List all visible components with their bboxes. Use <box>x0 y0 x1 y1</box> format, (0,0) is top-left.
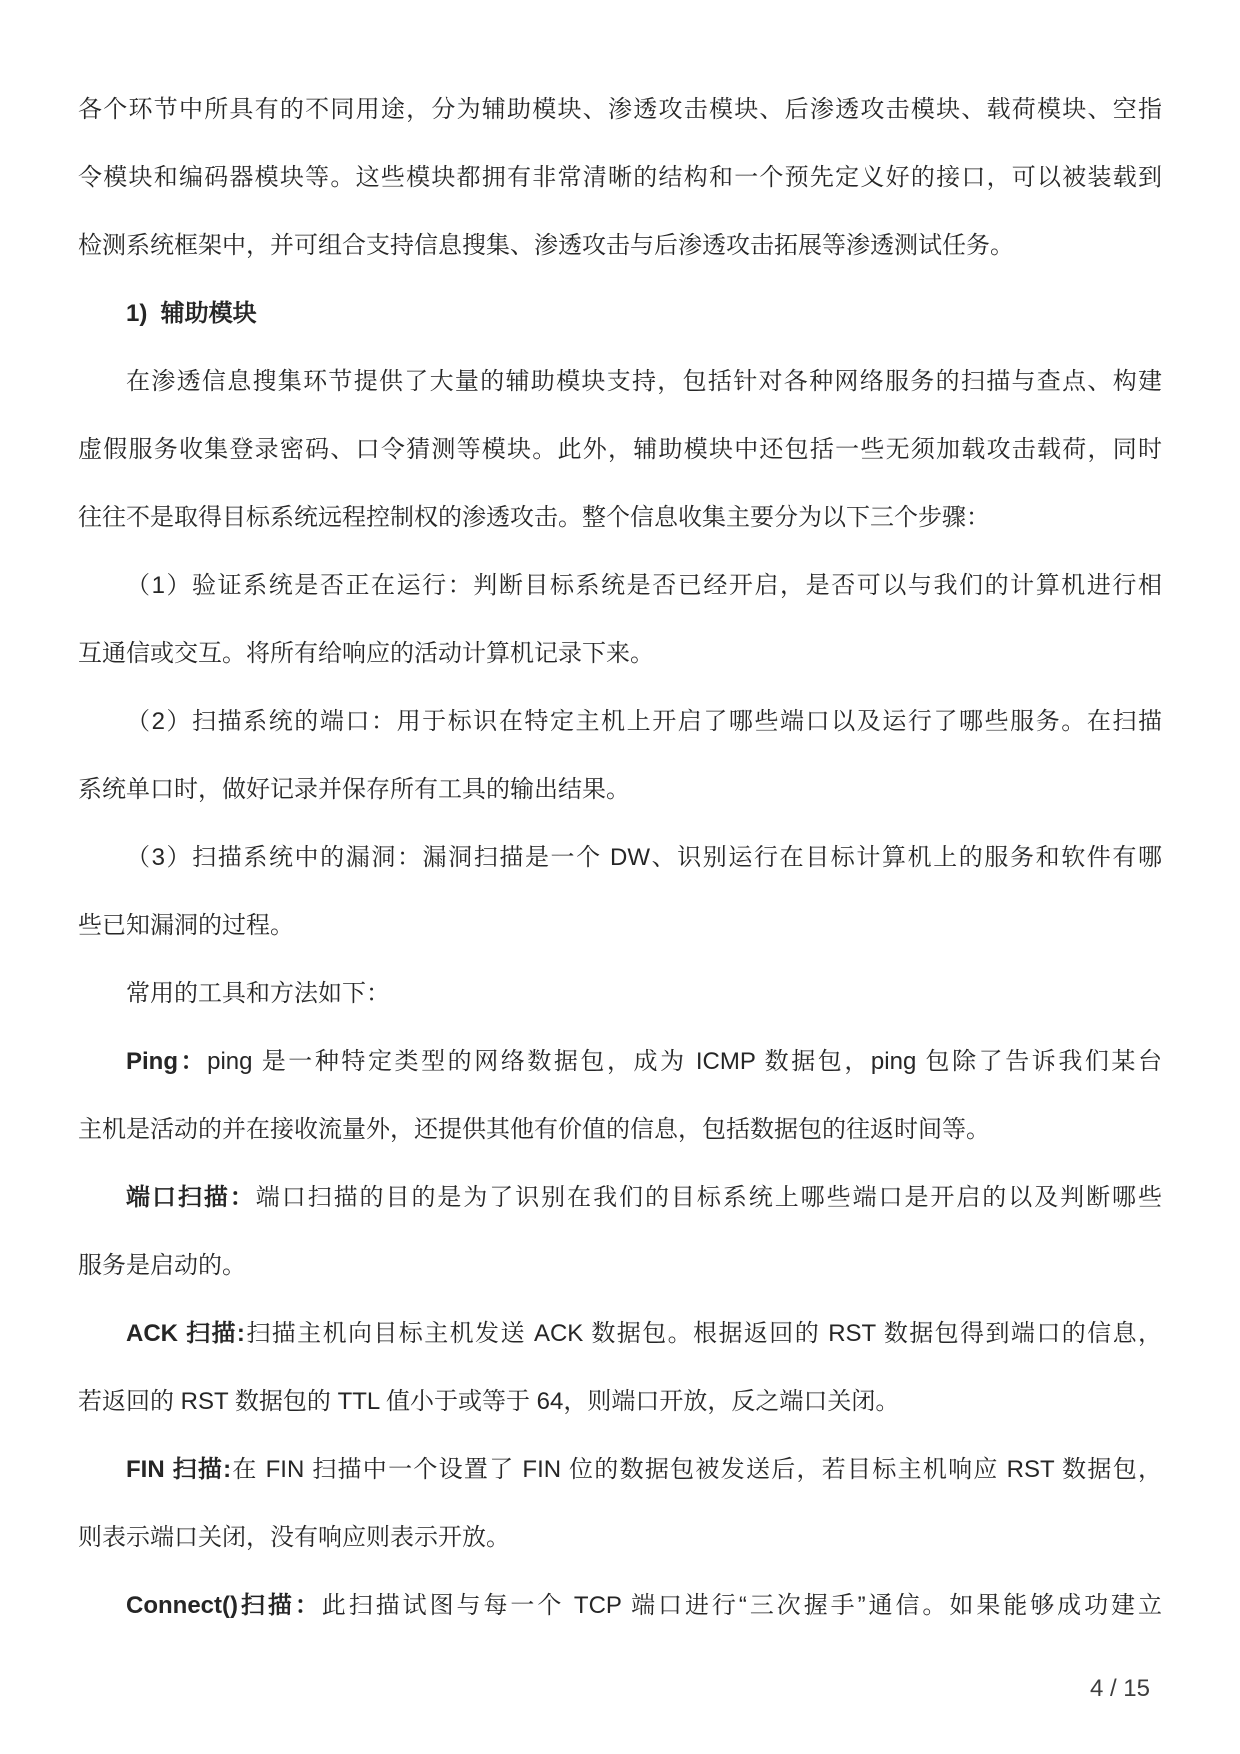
term-ping: Ping：ping 是一种特定类型的网络数据包，成为 ICMP 数据包，ping… <box>78 1028 1162 1096</box>
term-definition: 端口扫描的目的是为了识别在我们的目标系统上哪些端口是开启的以及判断哪些 <box>256 1184 1162 1211</box>
page-number: 4 / 15 <box>1090 1677 1150 1701</box>
term-definition: 扫描主机向目标主机发送 ACK 数据包。根据返回的 RST 数据包得到端口的信息… <box>245 1320 1162 1347</box>
document-body: 各个环节中所具有的不同用途，分为辅助模块、渗透攻击模块、后渗透攻击模块、载荷模块… <box>78 76 1162 1640</box>
text-line: 虚假服务收集登录密码、口令猜测等模块。此外，辅助模块中还包括一些无须加载攻击载荷… <box>78 416 1162 484</box>
text-line: 则表示端口关闭，没有响应则表示开放。 <box>78 1504 1162 1572</box>
term-label: FIN 扫描: <box>126 1456 231 1483</box>
term-definition: ping 是一种特定类型的网络数据包，成为 ICMP 数据包，ping 包除了告… <box>207 1048 1162 1075</box>
text-line: 令模块和编码器模块等。这些模块都拥有非常清晰的结构和一个预先定义好的接口，可以被… <box>78 144 1162 212</box>
term-port-scan: 端口扫描：端口扫描的目的是为了识别在我们的目标系统上哪些端口是开启的以及判断哪些 <box>78 1164 1162 1232</box>
text-line: 互通信或交互。将所有给响应的活动计算机记录下来。 <box>78 620 1162 688</box>
term-definition: 此扫描试图与每一个 TCP 端口进行“三次握手”通信。如果能够成功建立 <box>322 1592 1162 1619</box>
term-label: 端口扫描： <box>126 1184 256 1211</box>
text-line: 检测系统框架中，并可组合支持信息搜集、渗透攻击与后渗透攻击拓展等渗透测试任务。 <box>78 212 1162 280</box>
text-line: 往往不是取得目标系统远程控制权的渗透攻击。整个信息收集主要分为以下三个步骤： <box>78 484 1162 552</box>
term-fin-scan: FIN 扫描:在 FIN 扫描中一个设置了 FIN 位的数据包被发送后，若目标主… <box>78 1436 1162 1504</box>
text-line: 在渗透信息搜集环节提供了大量的辅助模块支持，包括针对各种网络服务的扫描与查点、构… <box>78 348 1162 416</box>
text-line: 些已知漏洞的过程。 <box>78 892 1162 960</box>
term-label: ACK 扫描: <box>126 1320 245 1347</box>
heading-auxiliary-module: 1) 辅助模块 <box>78 280 1162 348</box>
term-definition: 在 FIN 扫描中一个设置了 FIN 位的数据包被发送后，若目标主机响应 RST… <box>231 1456 1162 1483</box>
list-item-2: （2）扫描系统的端口：用于标识在特定主机上开启了哪些端口以及运行了哪些服务。在扫… <box>78 688 1162 756</box>
term-ack-scan: ACK 扫描:扫描主机向目标主机发送 ACK 数据包。根据返回的 RST 数据包… <box>78 1300 1162 1368</box>
list-item-3: （3）扫描系统中的漏洞：漏洞扫描是一个 DW、识别运行在目标计算机上的服务和软件… <box>78 824 1162 892</box>
text-line: 主机是活动的并在接收流量外，还提供其他有价值的信息，包括数据包的往返时间等。 <box>78 1096 1162 1164</box>
term-label: Connect()扫描： <box>126 1592 322 1619</box>
list-item-1: （1）验证系统是否正在运行：判断目标系统是否已经开启，是否可以与我们的计算机进行… <box>78 552 1162 620</box>
text-line: 常用的工具和方法如下： <box>78 960 1162 1028</box>
text-line: 各个环节中所具有的不同用途，分为辅助模块、渗透攻击模块、后渗透攻击模块、载荷模块… <box>78 76 1162 144</box>
term-connect-scan: Connect()扫描：此扫描试图与每一个 TCP 端口进行“三次握手”通信。如… <box>78 1572 1162 1640</box>
document-page: 各个环节中所具有的不同用途，分为辅助模块、渗透攻击模块、后渗透攻击模块、载荷模块… <box>0 0 1240 1754</box>
text-line: 服务是启动的。 <box>78 1232 1162 1300</box>
text-line: 若返回的 RST 数据包的 TTL 值小于或等于 64，则端口开放，反之端口关闭… <box>78 1368 1162 1436</box>
term-label: Ping： <box>126 1048 207 1075</box>
text-line: 系统单口时，做好记录并保存所有工具的输出结果。 <box>78 756 1162 824</box>
